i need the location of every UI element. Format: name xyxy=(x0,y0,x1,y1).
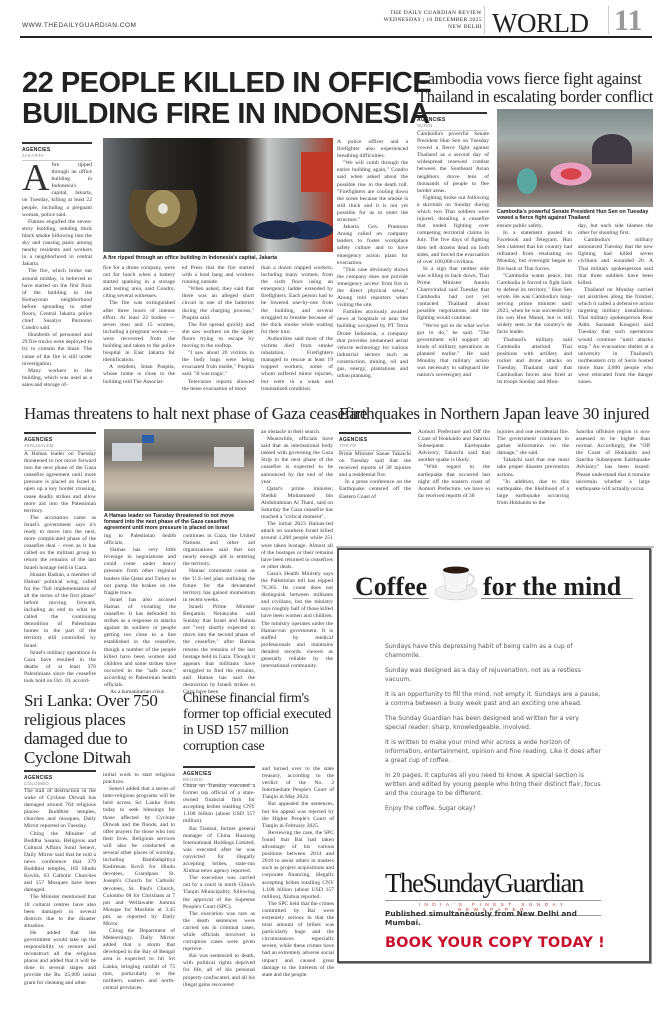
tent-shape xyxy=(214,447,244,467)
ad-copy: Sundays have this depressing habit of be… xyxy=(385,642,601,819)
header-divider xyxy=(484,6,485,34)
site-url[interactable]: WWW.THEDAILYGUARDIAN.COM xyxy=(22,22,136,29)
article-column: Afire ripped through an office building … xyxy=(22,162,92,389)
city: NEW DELHI xyxy=(384,24,482,31)
article-column: initial work to start religious practice… xyxy=(103,772,175,992)
photo-caption: A Hamas leader on Tuesday threatened to … xyxy=(104,513,254,532)
book-copy-cta[interactable]: BOOK YOUR COPY TODAY ! xyxy=(385,935,605,951)
article-column: Cambodia's powerful Senate President Hun… xyxy=(417,131,489,379)
firefighters-figure xyxy=(123,190,203,252)
article-column: ed Press that the fire started with a lo… xyxy=(182,265,254,393)
paper-name: THE DAILY GUARDIAN REVIEW xyxy=(384,10,482,17)
byline: AGENCIES SURIN xyxy=(417,112,487,131)
header-rule xyxy=(20,36,652,38)
photo-gaza-rubble xyxy=(104,429,254,511)
umbrella-shape xyxy=(592,134,632,164)
headline-japan[interactable]: Earthquakes in Northern Japan leave 30 i… xyxy=(339,404,659,424)
byline: AGENCIES JERUSALEM xyxy=(24,432,96,451)
article-column: A police officer and a firefighter also … xyxy=(337,139,408,380)
photo-caption: Cambodia's powerful Senate President Hun… xyxy=(497,209,653,221)
dropcap: A xyxy=(22,163,49,193)
tent-shape xyxy=(142,435,154,443)
photo-evacuation-shelter xyxy=(497,109,653,207)
underline xyxy=(481,598,633,599)
tent-shape xyxy=(112,443,142,461)
article-column: continues in Gaza, the United Nations an… xyxy=(183,533,255,696)
fire-truck-shape xyxy=(301,152,331,192)
headline-gaza[interactable]: Hamas threatens to halt next phase of Ga… xyxy=(24,404,334,424)
article-column: than a dozen trapped workers, including … xyxy=(261,265,333,393)
coffee-cup-icon xyxy=(433,562,479,602)
crowd-figure xyxy=(253,208,333,252)
article-column: ensure public safety. In a statement pos… xyxy=(497,223,572,386)
article-column: China on Tuesday executed a former top o… xyxy=(183,783,255,989)
header-divider xyxy=(608,6,609,34)
article-column: Prime Minister Sanae Takaichi on Tuesday… xyxy=(339,451,411,501)
article-column: and turned over to the state treasury, a… xyxy=(262,766,334,979)
advertisement-sunday-guardian[interactable]: Coffee for the mind Sundays have this de… xyxy=(337,548,651,963)
headline-china[interactable]: Chinese financial firm's former top offi… xyxy=(183,691,335,755)
person-figure xyxy=(507,164,547,207)
headline-cambodia[interactable]: Cambodia vows fierce fight against Thail… xyxy=(417,70,657,106)
article-column: day, but each side blames the other for … xyxy=(578,223,653,386)
article-column: Sanriku offshore region is now assessed … xyxy=(576,429,650,493)
article-column: Aomori Prefecture and Off the Coast of H… xyxy=(418,429,490,500)
photo-caption: A fire ripped through an office building… xyxy=(103,255,333,261)
article-column: an obstacle in their search. Meanwhile, … xyxy=(261,429,333,670)
headline-srilanka[interactable]: Sri Lanka: Over 750 religious places dam… xyxy=(24,691,174,767)
article-column: ing to Palestinian health officials. Ham… xyxy=(104,533,176,696)
byline: AGENCIES COLOMBO xyxy=(24,770,96,789)
article-column: A Hamas leader on Tuesday threatened to … xyxy=(24,451,96,685)
date-line: WEDNESDAY | 10 DECEMBER 2025 xyxy=(384,17,482,24)
masthead-info: THE DAILY GUARDIAN REVIEW WEDNESDAY | 10… xyxy=(384,10,482,31)
page-number: 11 xyxy=(614,6,642,36)
photo-fire-rescue xyxy=(103,138,333,252)
byline: AGENCIES TOKYO xyxy=(339,432,411,451)
article-column: The trail of destruction in the wake of … xyxy=(24,788,96,987)
published-note: Published simultaneously from New Delhi … xyxy=(385,909,605,927)
underline xyxy=(353,598,429,599)
headline-indonesia[interactable]: 22 PEOPLE KILLED IN OFFICE BUILDING FIRE… xyxy=(22,68,431,130)
article-column: injuries and one residential fire. The g… xyxy=(497,429,569,507)
section-title: WORLD xyxy=(492,10,588,37)
ad-title: Coffee for the mind xyxy=(353,568,638,598)
article-column: fice for a drone company, were out for l… xyxy=(103,265,175,386)
